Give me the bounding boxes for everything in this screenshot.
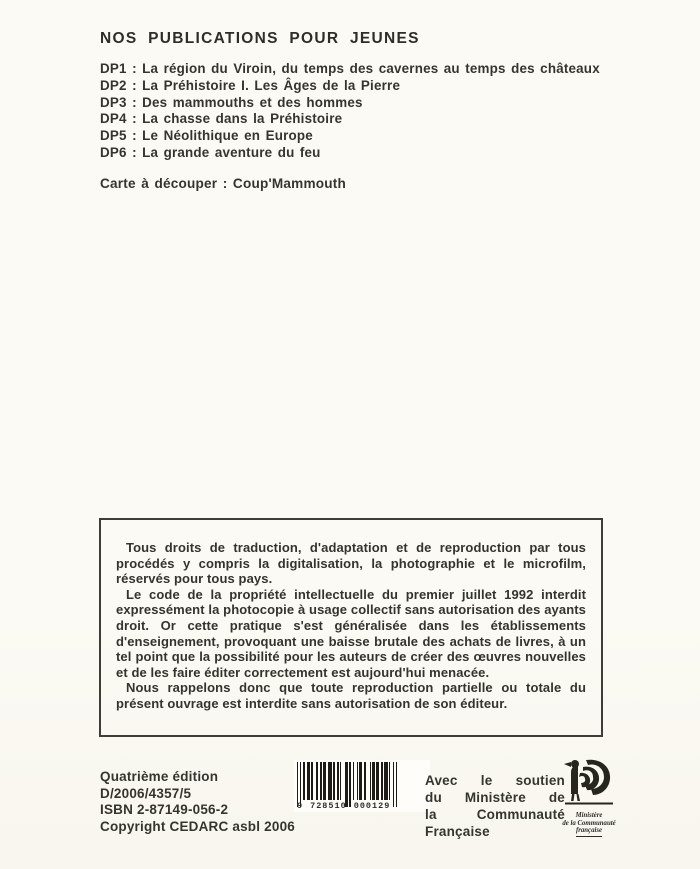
publication-item: DP5 : Le Néolithique en Europe bbox=[100, 128, 600, 145]
book-back-page: NOS PUBLICATIONS POUR JEUNES DP1 : La ré… bbox=[0, 0, 700, 869]
barcode-digit-group: 000129 bbox=[354, 801, 391, 811]
publication-item: DP3 : Des mammouths et des hommes bbox=[100, 95, 600, 112]
copyright-paragraph: Tous droits de traduction, d'adaptation … bbox=[116, 540, 586, 587]
support-line: la Communauté bbox=[425, 806, 565, 823]
copyright-notice-box: Tous droits de traduction, d'adaptation … bbox=[99, 518, 603, 737]
colophon: Quatrième édition D/2006/4357/5 ISBN 2-8… bbox=[100, 769, 295, 835]
barcode: 9 728510 000129 bbox=[294, 760, 430, 812]
caption-line: Ministère bbox=[552, 812, 626, 820]
isbn-line: ISBN 2-87149-056-2 bbox=[100, 802, 295, 819]
publication-item: DP2 : La Préhistoire I. Les Âges de la P… bbox=[100, 78, 600, 95]
rooster-icon bbox=[558, 757, 620, 805]
ministry-logo-caption: Ministère de la Communauté française bbox=[552, 812, 626, 837]
copyright-paragraph: Le code de la propriété intellectuelle d… bbox=[116, 587, 586, 681]
edition-line: Quatrième édition bbox=[100, 769, 295, 786]
publication-item: DP4 : La chasse dans la Préhistoire bbox=[100, 111, 600, 128]
support-line: Avec le soutien bbox=[425, 772, 565, 789]
ministry-logo: Ministère de la Communauté française bbox=[552, 757, 626, 837]
caption-line: française bbox=[576, 827, 602, 837]
card-note: Carte à découper : Coup'Mammouth bbox=[100, 176, 346, 191]
page-title: NOS PUBLICATIONS POUR JEUNES bbox=[100, 30, 420, 48]
publications-list: DP1 : La région du Viroin, du temps des … bbox=[100, 61, 600, 162]
barcode-digit-group: 728510 bbox=[310, 801, 347, 811]
support-line: Française bbox=[425, 823, 565, 840]
caption-line: de la Communauté bbox=[552, 820, 626, 828]
copyright-paragraph: Nous rappelons donc que toute reproducti… bbox=[116, 680, 586, 711]
barcode-digit-group: 9 bbox=[297, 801, 303, 811]
deposit-line: D/2006/4357/5 bbox=[100, 786, 295, 803]
support-text: Avec le soutien du Ministère de la Commu… bbox=[425, 772, 565, 840]
support-line: du Ministère de bbox=[425, 789, 565, 806]
publication-item: DP6 : La grande aventure du feu bbox=[100, 145, 600, 162]
barcode-digits: 9 728510 000129 bbox=[297, 801, 427, 811]
copyright-line: Copyright CEDARC asbl 2006 bbox=[100, 819, 295, 836]
publication-item: DP1 : La région du Viroin, du temps des … bbox=[100, 61, 600, 78]
